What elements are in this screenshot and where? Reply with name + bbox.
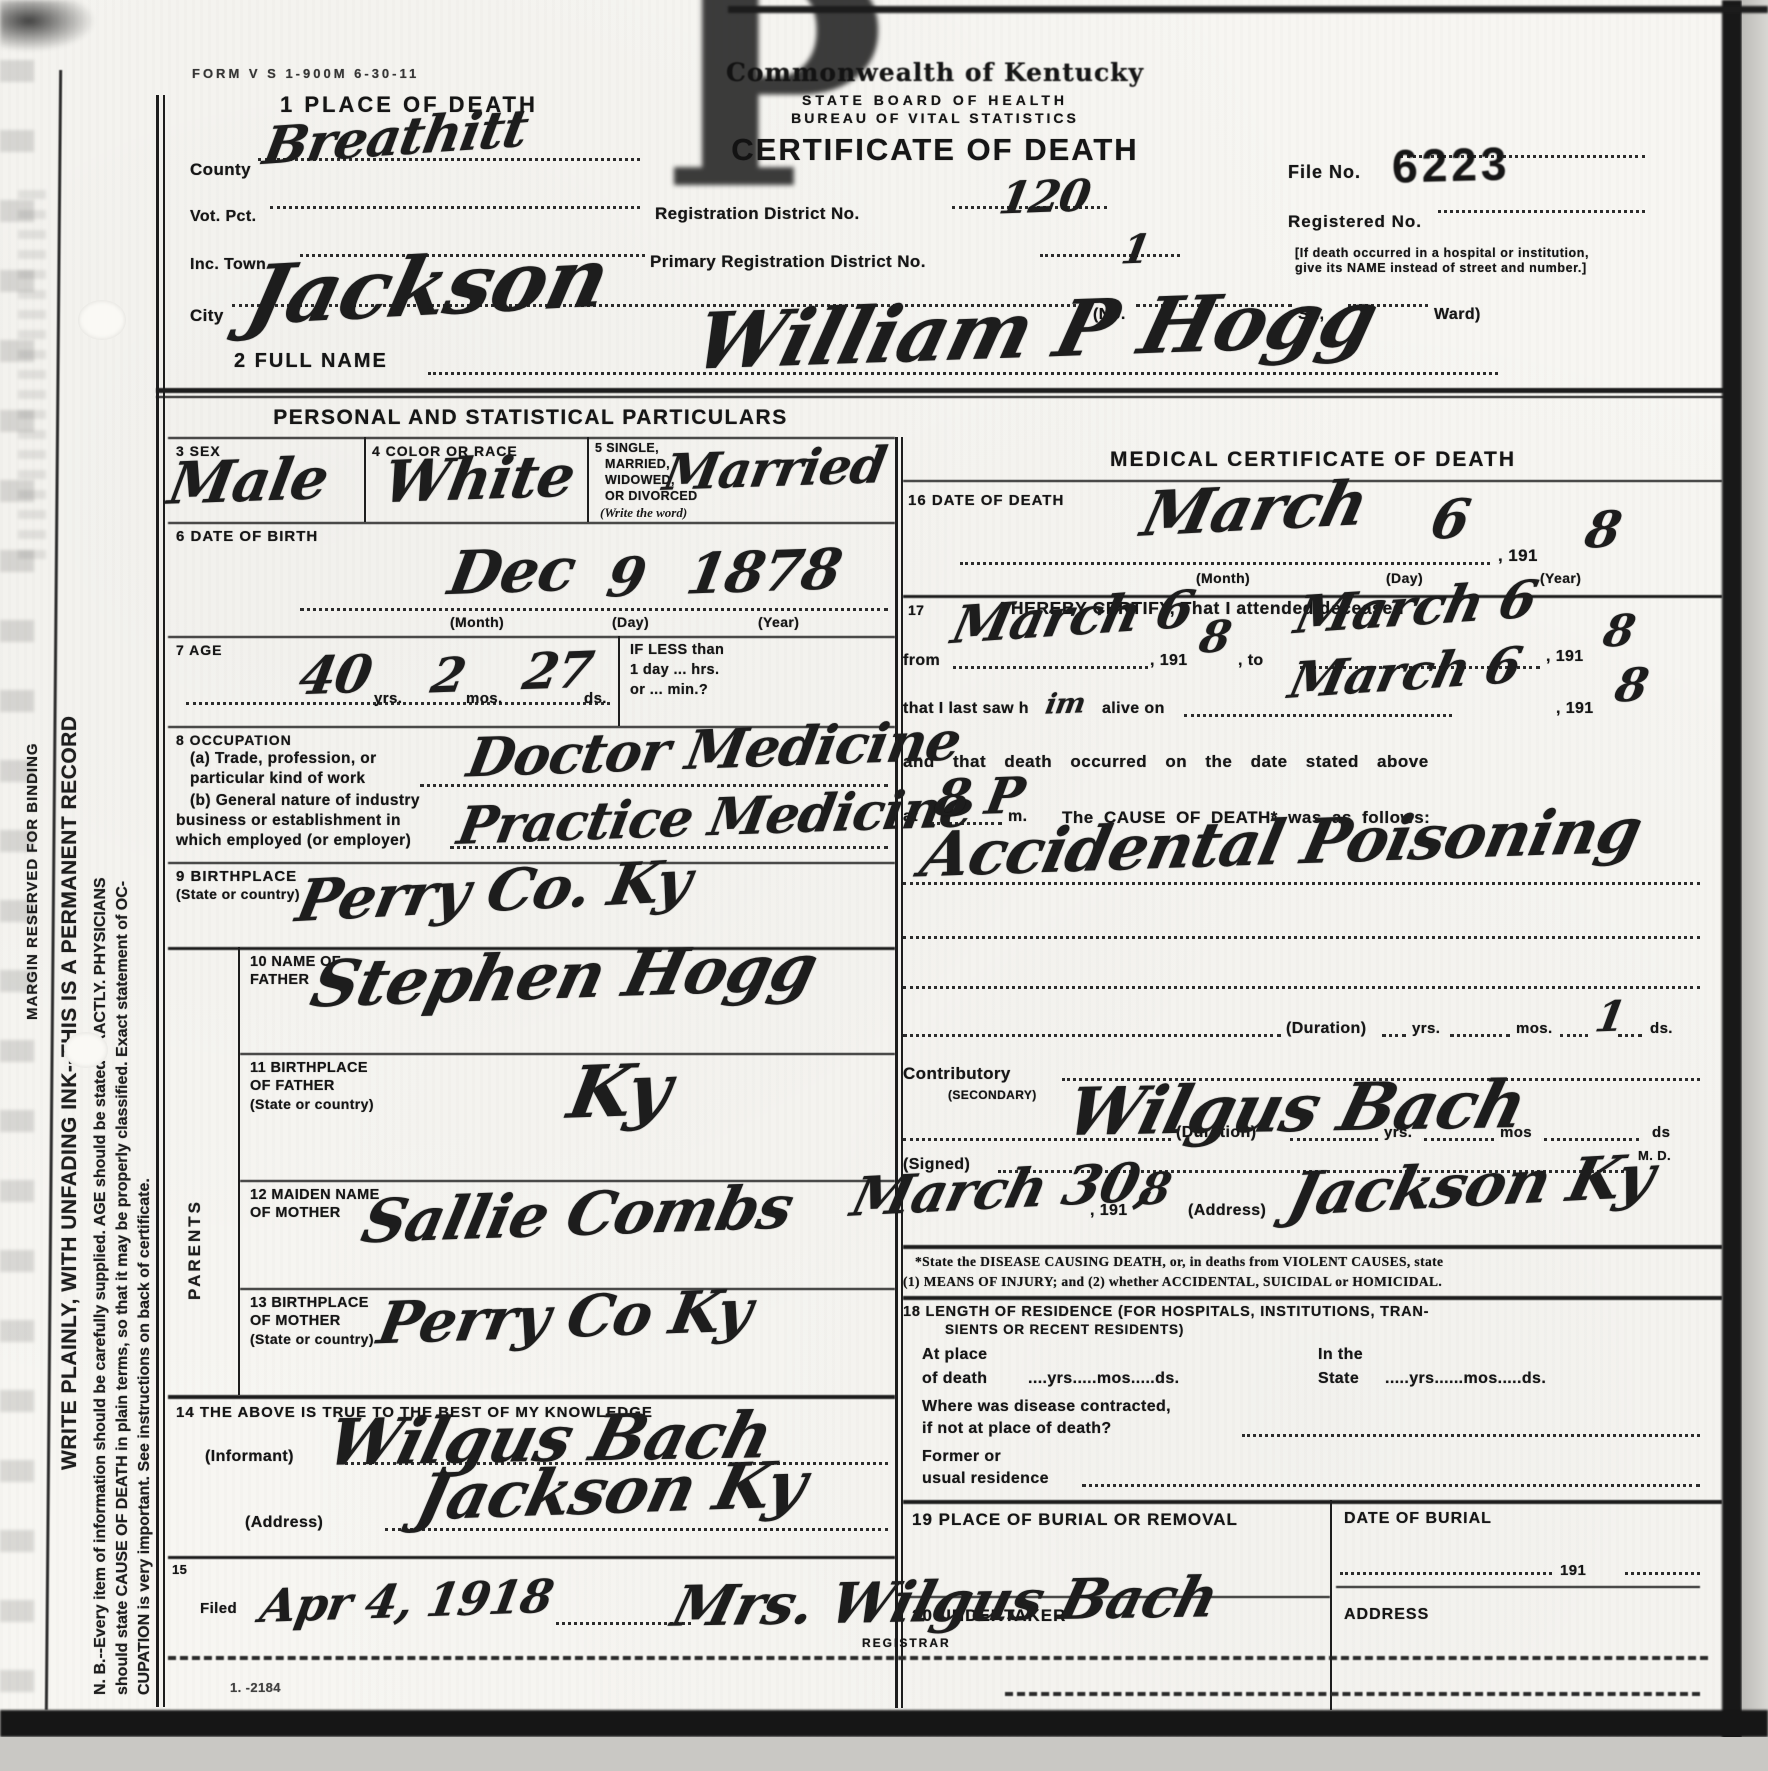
contrib-ds-label: ds xyxy=(1652,1124,1670,1141)
dob-month-handwritten: Dec xyxy=(444,540,579,604)
where-contracted-line1: Where was disease contracted, xyxy=(922,1398,1171,1416)
occupation-a-line2: particular kind of work xyxy=(190,770,365,788)
left-rule-1 xyxy=(168,522,895,524)
duration-ds-label: ds. xyxy=(1650,1020,1673,1037)
mother-birthplace-value-handwritten: Perry Co Ky xyxy=(374,1282,756,1353)
left-rule-10 xyxy=(168,1556,895,1559)
row1-divider-a xyxy=(364,437,366,522)
dob-label: 6 DATE OF BIRTH xyxy=(176,528,318,545)
marital-write-word-note: (Write the word) xyxy=(600,505,687,521)
former-residence-line2: usual residence xyxy=(922,1470,1049,1488)
former-residence-dots xyxy=(1082,1484,1700,1487)
signed-address-handwritten: Jackson Ky xyxy=(1283,1147,1660,1226)
date-of-death-year-handwritten: 8 xyxy=(1581,504,1624,555)
duration-dots-lead xyxy=(903,1034,1281,1037)
burial-cell-divider xyxy=(1330,1500,1332,1710)
duration-caption: (Duration) xyxy=(1286,1020,1366,1038)
marital-value-handwritten: Married xyxy=(660,440,890,498)
county-label: County xyxy=(190,160,251,180)
full-name-value-handwritten: William P Hogg xyxy=(687,280,1385,381)
attended-from-dots xyxy=(953,666,1148,669)
death-certificate-scan: MARGIN RESERVED FOR BINDING WRITE PLAINL… xyxy=(0,0,1768,1771)
attended-to-year-printed: , 191 xyxy=(1546,648,1584,666)
duration-dots-c xyxy=(1560,1034,1588,1037)
primary-registration-value: 1 xyxy=(1118,230,1152,271)
right-rule-4-heavy xyxy=(903,1500,1722,1504)
county-value-handwritten: Breathitt xyxy=(259,103,531,173)
registrar-signature-handwritten: Mrs. Wilgus Bach xyxy=(667,1569,1223,1634)
occupation-b-line1: (b) General nature of industry xyxy=(190,792,420,810)
occupation-b-line2: business or establishment in xyxy=(176,812,401,830)
vot-pct-dots xyxy=(270,206,640,209)
item-17-number: 17 xyxy=(908,602,924,618)
scan-edge-bottom-band xyxy=(0,1710,1768,1737)
mother-birthplace-label-1: 13 BIRTHPLACE xyxy=(250,1295,369,1311)
father-birthplace-value-handwritten: Ky xyxy=(563,1053,676,1128)
marital-label-1: 5 SINGLE, xyxy=(595,441,659,455)
dob-month-caption: (Month) xyxy=(450,614,504,630)
left-rule-9-heavy xyxy=(168,1395,895,1399)
personal-section-title: PERSONAL AND STATISTICAL PARTICULARS xyxy=(168,406,893,430)
occupation-b-value-handwritten: Practice Medicine xyxy=(454,783,977,853)
margin-write-plainly-note: WRITE PLAINLY, WITH UNFADING INK--THIS I… xyxy=(58,190,82,1470)
age-years-handwritten: 40 xyxy=(295,649,375,703)
alive-on-label: alive on xyxy=(1102,700,1165,718)
cause-dots-3 xyxy=(903,986,1700,989)
parents-cell-divider xyxy=(238,947,240,1395)
attended-from-date-handwritten: March 6 xyxy=(947,584,1198,652)
burial-date-label: DATE OF BURIAL xyxy=(1344,1510,1492,1528)
age-months-handwritten: 2 xyxy=(428,651,469,700)
primary-registration-dots xyxy=(1040,254,1180,257)
city-value-handwritten: Jackson xyxy=(240,237,616,337)
date-of-death-label: 16 DATE OF DEATH xyxy=(908,492,1064,509)
sex-value-handwritten: Male xyxy=(164,449,332,512)
birthplace-label: 9 BIRTHPLACE xyxy=(176,868,297,885)
city-ward-label: Ward) xyxy=(1434,306,1481,324)
dob-day-caption: (Day) xyxy=(612,614,649,630)
occupation-label: 8 OCCUPATION xyxy=(176,732,292,748)
duration-dots-b xyxy=(1450,1034,1510,1037)
age-yrs-label: yrs. xyxy=(374,690,402,707)
burial-place-label: 19 PLACE OF BURIAL OR REMOVAL xyxy=(912,1510,1238,1530)
vot-pct-label: Vot. Pct. xyxy=(190,208,256,226)
age-label: 7 AGE xyxy=(176,642,223,658)
form-footer-number: 1. -2184 xyxy=(230,1680,281,1695)
age-cell-divider xyxy=(618,636,620,726)
dob-year-caption: (Year) xyxy=(758,614,799,630)
header-divider-heavy xyxy=(156,388,1724,393)
punch-hole-top xyxy=(78,300,126,340)
if-less-line1: IF LESS than xyxy=(630,642,724,658)
cause-footnote-line2: (1) MEANS OF INJURY; and (2) whether ACC… xyxy=(903,1274,1442,1290)
margin-nb-note-line1: N. B.--Every item of information should … xyxy=(92,230,110,1695)
father-name-value-handwritten: Stephen Hogg xyxy=(305,936,822,1017)
cause-footnote-line1: *State the DISEASE CAUSING DEATH, or, in… xyxy=(915,1254,1443,1270)
if-less-line2: 1 day ... hrs. xyxy=(630,662,719,678)
color-race-value-handwritten: White xyxy=(379,447,579,512)
registration-district-value: 120 xyxy=(996,174,1093,221)
file-no-value: 6223 xyxy=(1391,136,1511,193)
signed-address-label: (Address) xyxy=(1188,1202,1266,1220)
dob-dots xyxy=(300,608,888,611)
last-saw-year-printed: , 191 xyxy=(1556,700,1594,718)
duration-mos-label: mos. xyxy=(1516,1020,1553,1037)
right-bottom-dashed-rule xyxy=(1005,1692,1700,1696)
right-rule-3-heavy xyxy=(903,1296,1722,1300)
occupation-a-line1: (a) Trade, profession, or xyxy=(190,750,377,768)
full-name-label: 2 FULL NAME xyxy=(234,350,388,373)
contributory-label: Contributory xyxy=(903,1064,1011,1084)
attended-from-label: from xyxy=(903,652,940,670)
at-place-label: At place xyxy=(922,1346,987,1364)
father-name-label-2: FATHER xyxy=(250,972,309,988)
registered-no-label: Registered No. xyxy=(1288,212,1422,232)
duration-dots-d xyxy=(1618,1034,1642,1037)
scan-edge-bottom-paper xyxy=(0,1737,1768,1771)
margin-nb-note-line3: CUPATION is very important. See instruct… xyxy=(136,230,154,1695)
form-number: FORM V S 1-900M 6-30-11 xyxy=(192,66,419,81)
left-rule-6 xyxy=(240,1053,895,1055)
birthplace-state-caption: (State or country) xyxy=(176,886,300,902)
date-of-death-year-printed: , 191 xyxy=(1498,546,1538,566)
burial-date-dots-b xyxy=(1625,1572,1700,1575)
father-birthplace-label-2: OF FATHER xyxy=(250,1078,335,1094)
last-saw-him-handwritten: im xyxy=(1043,689,1086,718)
cause-dots-2 xyxy=(903,936,1700,939)
attended-to-date-handwritten: March 6 xyxy=(1290,574,1541,642)
date-of-death-month-handwritten: March xyxy=(1136,472,1373,545)
residence-label-line2: SIENTS OR RECENT RESIDENTS) xyxy=(945,1322,1184,1337)
father-birthplace-state-caption: (State or country) xyxy=(250,1096,374,1112)
registered-no-dots xyxy=(1438,210,1645,213)
filed-date-handwritten: Apr 4, 1918 xyxy=(257,1573,556,1629)
scan-edge-right-band xyxy=(1722,0,1742,1771)
duration-dots-a xyxy=(1382,1034,1406,1037)
scan-left-streaks xyxy=(0,60,34,1710)
attended-from-year-handwritten: 8 xyxy=(1196,615,1234,660)
item-15-number: 15 xyxy=(172,1562,187,1577)
margin-nb-note-line2: should state CAUSE OF DEATH in plain ter… xyxy=(114,230,132,1695)
duration-days-handwritten: 1 xyxy=(1592,996,1628,1039)
attended-from-year-printed: , 191 xyxy=(1150,652,1188,670)
date-of-death-dots xyxy=(960,562,1490,565)
parents-label: PARENTS xyxy=(185,1060,205,1300)
p-stamp: P xyxy=(660,0,886,230)
state-ymd-dots: .....yrs......mos.....ds. xyxy=(1385,1370,1546,1388)
mother-name-label-2: OF MOTHER xyxy=(250,1205,341,1221)
dod-year-caption: (Year) xyxy=(1540,570,1581,586)
former-residence-line1: Former or xyxy=(922,1448,1001,1466)
where-contracted-line2: if not at place of death? xyxy=(922,1420,1112,1438)
dod-month-caption: (Month) xyxy=(1196,570,1250,586)
residence-label-line1: 18 LENGTH OF RESIDENCE (FOR HOSPITALS, I… xyxy=(903,1304,1429,1320)
physician-signature-handwritten: Wilgus Bach xyxy=(1061,1071,1533,1145)
in-the-label: In the xyxy=(1318,1346,1363,1364)
left-rule-2 xyxy=(168,636,895,638)
if-less-line3: or ... min.? xyxy=(630,682,708,698)
form-left-rule-inner xyxy=(163,95,165,1707)
file-no-label: File No. xyxy=(1288,162,1361,183)
mother-birthplace-state-caption: (State or country) xyxy=(250,1331,374,1347)
occupation-a-value-handwritten: Doctor Medicine xyxy=(464,713,965,784)
of-death-ymd-dots: ....yrs.....mos.....ds. xyxy=(1028,1370,1179,1388)
duration-yrs-label: yrs. xyxy=(1412,1020,1440,1037)
last-saw-date-handwritten: March 6 xyxy=(1285,640,1526,706)
undertaker-address-label: ADDRESS xyxy=(1344,1606,1429,1624)
state-label: State xyxy=(1318,1370,1359,1388)
informant-label: (Informant) xyxy=(205,1448,294,1466)
attended-to-year-handwritten: 8 xyxy=(1600,609,1638,654)
father-birthplace-label-1: 11 BIRTHPLACE xyxy=(250,1060,368,1076)
burial-date-year: 191 xyxy=(1560,1562,1586,1579)
of-death-label: of death xyxy=(922,1370,987,1388)
contrib-duration-dots-c xyxy=(1544,1138,1639,1141)
signed-date-handwritten: March 30, xyxy=(847,1154,1163,1224)
punch-hole-bottom xyxy=(64,1032,108,1068)
medical-section-title: MEDICAL CERTIFICATE OF DEATH xyxy=(903,448,1723,472)
right-rule-5 xyxy=(1336,1586,1700,1588)
scan-edge-right-paper xyxy=(1742,0,1768,1771)
dob-day-handwritten: 9 xyxy=(603,549,649,604)
informant-address-label: (Address) xyxy=(245,1514,323,1532)
mother-birthplace-label-2: OF MOTHER xyxy=(250,1313,341,1329)
mother-name-value-handwritten: Sallie Combs xyxy=(357,1178,798,1253)
registrar-label: REGISTRAR xyxy=(862,1636,951,1650)
dob-year-handwritten: 1878 xyxy=(683,541,846,602)
hospital-note: [If death occurred in a hospital or inst… xyxy=(1295,246,1615,276)
burial-date-dots-a xyxy=(1340,1572,1552,1575)
age-days-handwritten: 27 xyxy=(519,645,596,697)
marital-label-2: MARRIED, xyxy=(605,457,670,471)
last-saw-year-handwritten: 8 xyxy=(1612,661,1651,708)
form-left-rule-outer xyxy=(156,95,159,1707)
date-of-death-day-handwritten: 6 xyxy=(1427,491,1473,546)
attended-to-label: , to xyxy=(1238,652,1264,670)
header-divider-heavy2 xyxy=(156,396,1724,398)
left-bottom-dashed-rule xyxy=(168,1656,1708,1660)
right-rule-2-heavy xyxy=(903,1245,1722,1249)
mother-name-label-1: 12 MAIDEN NAME xyxy=(250,1187,380,1203)
last-saw-dots xyxy=(1184,714,1452,717)
where-contracted-dots xyxy=(1242,1434,1700,1437)
city-label: City xyxy=(190,306,224,326)
occupation-b-line3: which employed (or employer) xyxy=(176,832,411,850)
scan-top-line xyxy=(728,6,1768,13)
center-divider-outer xyxy=(895,437,898,1708)
age-mos-label: mos. xyxy=(466,690,503,707)
scan-corner-blob xyxy=(0,0,96,52)
informant-address-handwritten: Jackson Ky xyxy=(411,1453,812,1530)
filed-label: Filed xyxy=(200,1600,237,1617)
row1-divider-b xyxy=(587,437,589,522)
secondary-caption: (SECONDARY) xyxy=(948,1088,1037,1102)
